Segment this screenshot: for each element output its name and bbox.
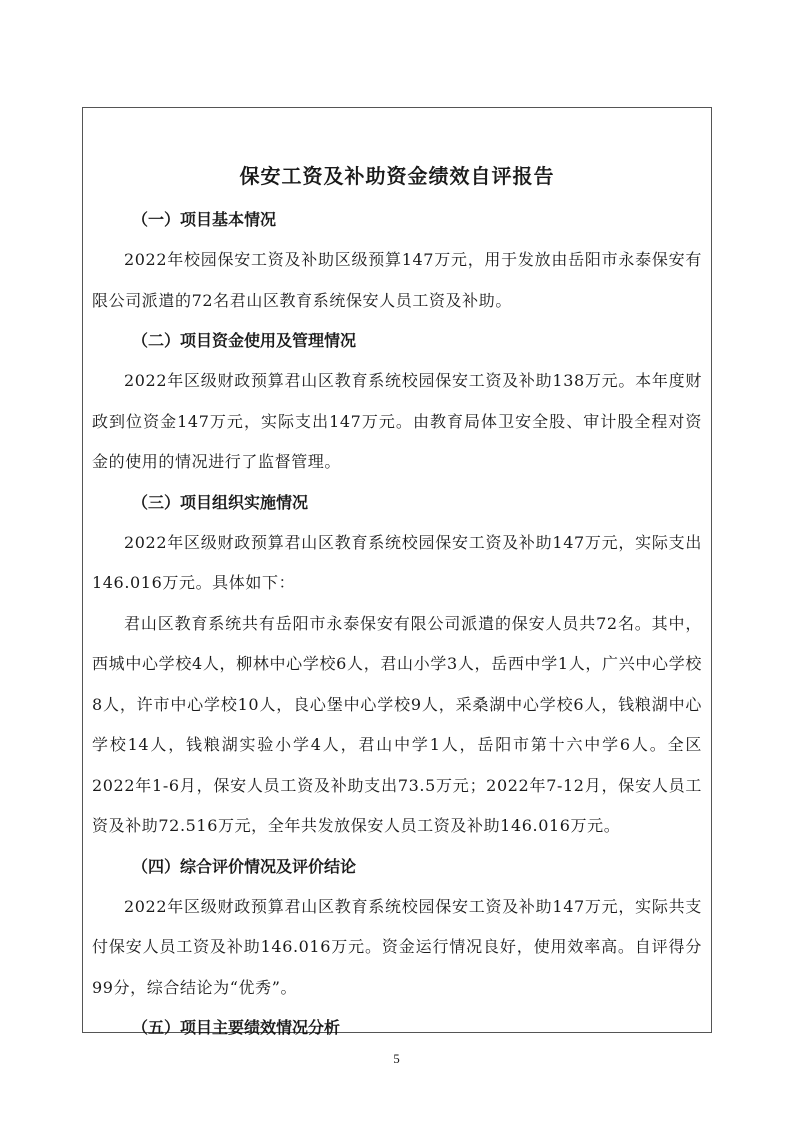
section-3-paragraph-2: 君山区教育系统共有岳阳市永泰保安有限公司派遣的保安人员共72名。其中，西城中心学… (92, 604, 702, 847)
page-number: 5 (0, 1051, 793, 1067)
section-heading-5: （五）项目主要绩效情况分析 (92, 1008, 702, 1048)
section-4-paragraph: 2022年区级财政预算君山区教育系统校园保安工资及补助147万元，实际共支付保安… (92, 887, 702, 1009)
section-heading-2: （二）项目资金使用及管理情况 (92, 321, 702, 361)
section-heading-3: （三）项目组织实施情况 (92, 483, 702, 523)
section-heading-4: （四）综合评价情况及评价结论 (92, 847, 702, 887)
report-frame: 保安工资及补助资金绩效自评报告 （一）项目基本情况 2022年校园保安工资及补助… (82, 107, 712, 1033)
section-3-paragraph-1: 2022年区级财政预算君山区教育系统校园保安工资及补助147万元，实际支出146… (92, 523, 702, 604)
section-2-paragraph: 2022年区级财政预算君山区教育系统校园保安工资及补助138万元。本年度财政到位… (92, 361, 702, 483)
section-1-paragraph: 2022年校园保安工资及补助区级预算147万元，用于发放由岳阳市永泰保安有限公司… (92, 240, 702, 321)
section-heading-1: （一）项目基本情况 (92, 200, 702, 240)
document-title: 保安工资及补助资金绩效自评报告 (83, 160, 711, 189)
document-body: （一）项目基本情况 2022年校园保安工资及补助区级预算147万元，用于发放由岳… (92, 200, 702, 1048)
